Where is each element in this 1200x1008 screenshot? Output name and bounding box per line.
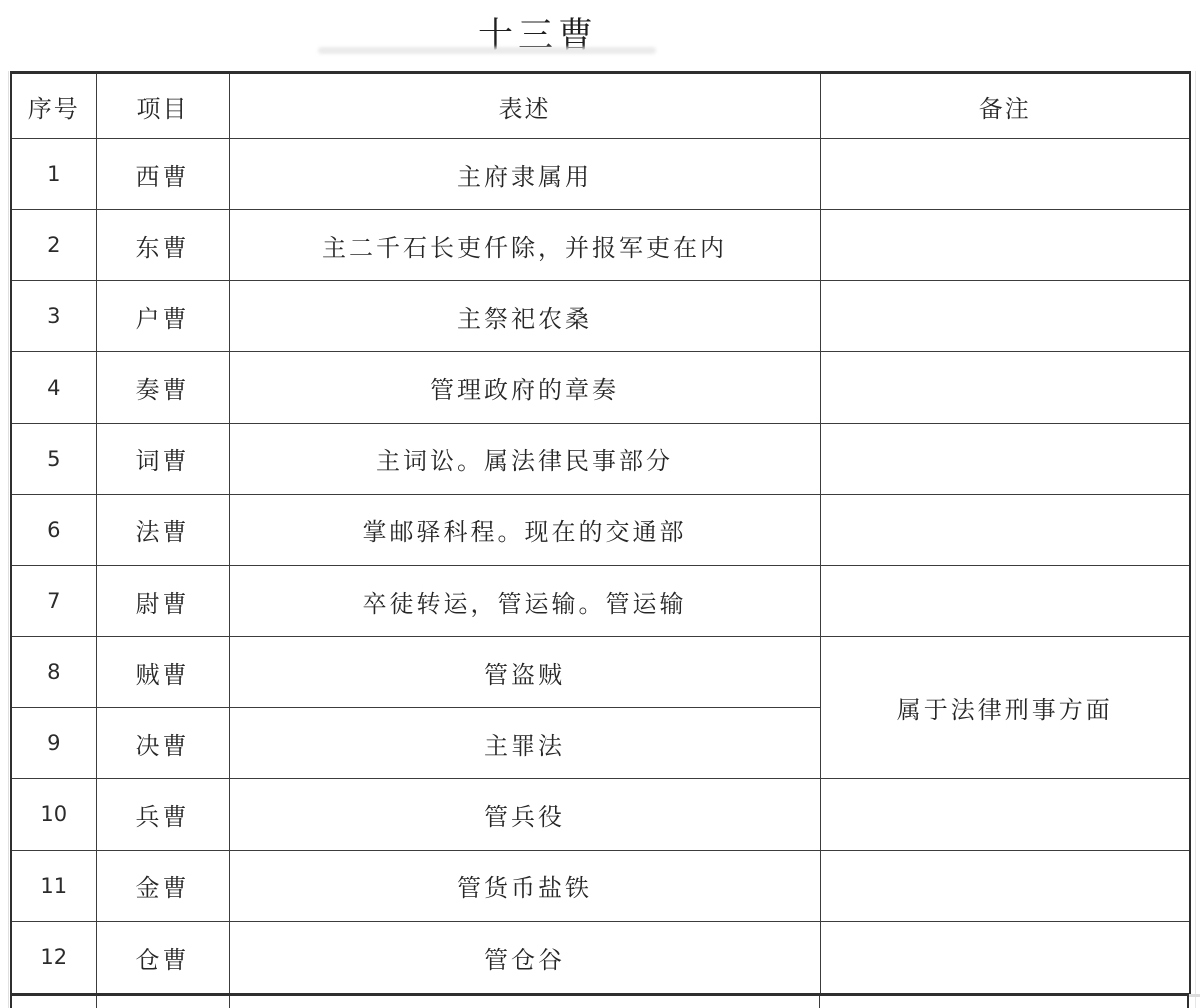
row-item: 贼曹: [96, 637, 229, 708]
row-item: 词曹: [96, 423, 229, 494]
row-note: [820, 779, 1190, 850]
erased-watermark-smudge: [318, 47, 656, 54]
row-description: 管货币盐铁: [229, 850, 820, 921]
row-note: [820, 210, 1190, 281]
page: 十三曹 序号 项目 表述 备注 1西曹主府隶属用2东曹主二千石长吏仟除，并报军吏…: [0, 0, 1200, 1008]
page-left-edge-line: [8, 0, 9, 1008]
title-band: 十三曹: [0, 0, 1200, 71]
row-description: 主二千石长吏仟除，并报军吏在内: [229, 210, 820, 281]
page-right-edge-line: [1195, 0, 1196, 1008]
table-row: 5词曹主词讼。属法律民事部分: [11, 423, 1190, 494]
row-description: 主词讼。属法律民事部分: [229, 423, 820, 494]
row-item: 东曹: [96, 210, 229, 281]
row-note: [820, 139, 1190, 210]
row-description: 管兵役: [229, 779, 820, 850]
table-row: 6法曹掌邮驿科程。现在的交通部: [11, 494, 1190, 565]
row-note: 属于法律刑事方面: [820, 637, 1190, 779]
header-row: 序号 项目 表述 备注: [11, 73, 1190, 139]
row-note: [820, 850, 1190, 921]
row-item: 决曹: [96, 708, 229, 779]
col-header-note: 备注: [820, 73, 1190, 139]
row-description: 掌邮驿科程。现在的交通部: [229, 494, 820, 565]
row-number: 5: [11, 423, 96, 494]
row-item: 尉曹: [96, 565, 229, 636]
table-row: 2东曹主二千石长吏仟除，并报军吏在内: [11, 210, 1190, 281]
col-header-item: 项目: [96, 73, 229, 139]
row-number: 11: [11, 850, 96, 921]
row-number: 6: [11, 494, 96, 565]
row-number: 7: [11, 565, 96, 636]
row-note: [820, 565, 1190, 636]
row-item: 兵曹: [96, 779, 229, 850]
partial-cell-note: [820, 996, 1189, 1008]
row-description: 主罪法: [229, 708, 820, 779]
row-item: 户曹: [96, 281, 229, 352]
partial-next-row: [10, 996, 1189, 1008]
table-row: 8贼曹管盗贼属于法律刑事方面: [11, 637, 1190, 708]
row-number: 2: [11, 210, 96, 281]
row-item: 金曹: [96, 850, 229, 921]
border-overrun-stub: [1189, 994, 1200, 997]
thirteen-cao-table: 序号 项目 表述 备注 1西曹主府隶属用2东曹主二千石长吏仟除，并报军吏在内3户…: [10, 71, 1191, 996]
partial-cell-item: [97, 996, 230, 1008]
row-note: [820, 921, 1190, 994]
row-description: 管理政府的章奏: [229, 352, 820, 423]
table-row: 10兵曹管兵役: [11, 779, 1190, 850]
row-description: 主祭祀农桑: [229, 281, 820, 352]
row-number: 1: [11, 139, 96, 210]
table-row: 4奏曹管理政府的章奏: [11, 352, 1190, 423]
row-description: 管仓谷: [229, 921, 820, 994]
table-row: 1西曹主府隶属用: [11, 139, 1190, 210]
row-note: [820, 281, 1190, 352]
row-item: 西曹: [96, 139, 229, 210]
row-number: 10: [11, 779, 96, 850]
row-item: 仓曹: [96, 921, 229, 994]
row-number: 3: [11, 281, 96, 352]
row-note: [820, 423, 1190, 494]
col-header-no: 序号: [11, 73, 96, 139]
row-note: [820, 494, 1190, 565]
row-description: 管盗贼: [229, 637, 820, 708]
partial-cell-no: [12, 996, 97, 1008]
col-header-desc: 表述: [229, 73, 820, 139]
row-number: 8: [11, 637, 96, 708]
row-description: 卒徒转运，管运输。管运输: [229, 565, 820, 636]
row-number: 9: [11, 708, 96, 779]
row-item: 法曹: [96, 494, 229, 565]
row-note: [820, 352, 1190, 423]
table-row: 11金曹管货币盐铁: [11, 850, 1190, 921]
table-row: 7尉曹卒徒转运，管运输。管运输: [11, 565, 1190, 636]
row-number: 4: [11, 352, 96, 423]
table-row: 12仓曹管仓谷: [11, 921, 1190, 994]
row-item: 奏曹: [96, 352, 229, 423]
table-row: 3户曹主祭祀农桑: [11, 281, 1190, 352]
table-body: 1西曹主府隶属用2东曹主二千石长吏仟除，并报军吏在内3户曹主祭祀农桑4奏曹管理政…: [11, 139, 1190, 995]
partial-cell-desc: [230, 996, 820, 1008]
row-description: 主府隶属用: [229, 139, 820, 210]
row-number: 12: [11, 921, 96, 994]
